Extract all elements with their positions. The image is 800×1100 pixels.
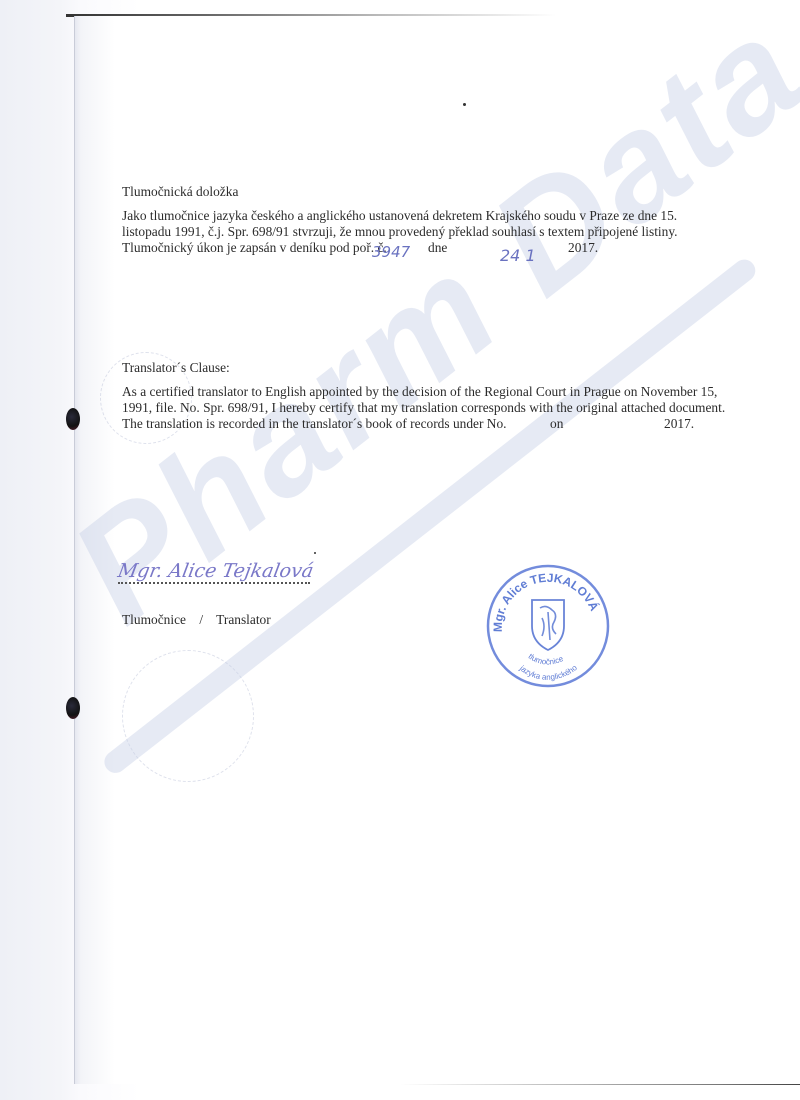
- stamp-bottom-line1: tlumočnice: [527, 652, 566, 667]
- english-clause-line2: 1991, file. No. Spr. 698/91, I hereby ce…: [122, 400, 725, 416]
- english-on-label: on: [550, 416, 563, 432]
- handwritten-record-number: 3947: [372, 243, 410, 261]
- punch-hole-bottom: [66, 697, 80, 719]
- scan-speck: [463, 103, 466, 106]
- czech-clause-line3: Tlumočnický úkon je zapsán v deníku pod …: [122, 240, 387, 256]
- english-clause-line1: As a certified translator to English app…: [122, 384, 717, 400]
- signature-caption: Tlumočnice / Translator: [122, 612, 271, 628]
- handwritten-date: 24 1: [500, 246, 536, 265]
- caption-czech: Tlumočnice: [122, 612, 186, 627]
- caption-separator: /: [199, 612, 203, 627]
- caption-english: Translator: [216, 612, 271, 627]
- official-stamp: Mgr. Alice TEJKALOVÁ tlumočnice jazyka a…: [484, 562, 612, 690]
- czech-year: 2017.: [568, 240, 598, 256]
- document-page: [74, 16, 800, 1084]
- english-year: 2017.: [664, 416, 694, 432]
- punch-hole-top: [66, 408, 80, 430]
- english-clause-line3: The translation is recorded in the trans…: [122, 416, 507, 432]
- czech-clause-line1: Jako tlumočnice jazyka českého a anglick…: [122, 208, 677, 224]
- handwritten-signature: Mgr. Alice Tejkalová: [116, 560, 315, 582]
- scan-speck: [314, 552, 316, 554]
- lion-icon: [540, 606, 556, 640]
- czech-clause-line2: listopadu 1991, č.j. Spr. 698/91 stvrzuj…: [122, 224, 678, 240]
- czech-clause-title: Tlumočnická doložka: [122, 184, 238, 200]
- signature-line: [118, 582, 310, 584]
- english-clause-title: Translator´s Clause:: [122, 360, 230, 376]
- czech-date-label: dne: [428, 240, 447, 256]
